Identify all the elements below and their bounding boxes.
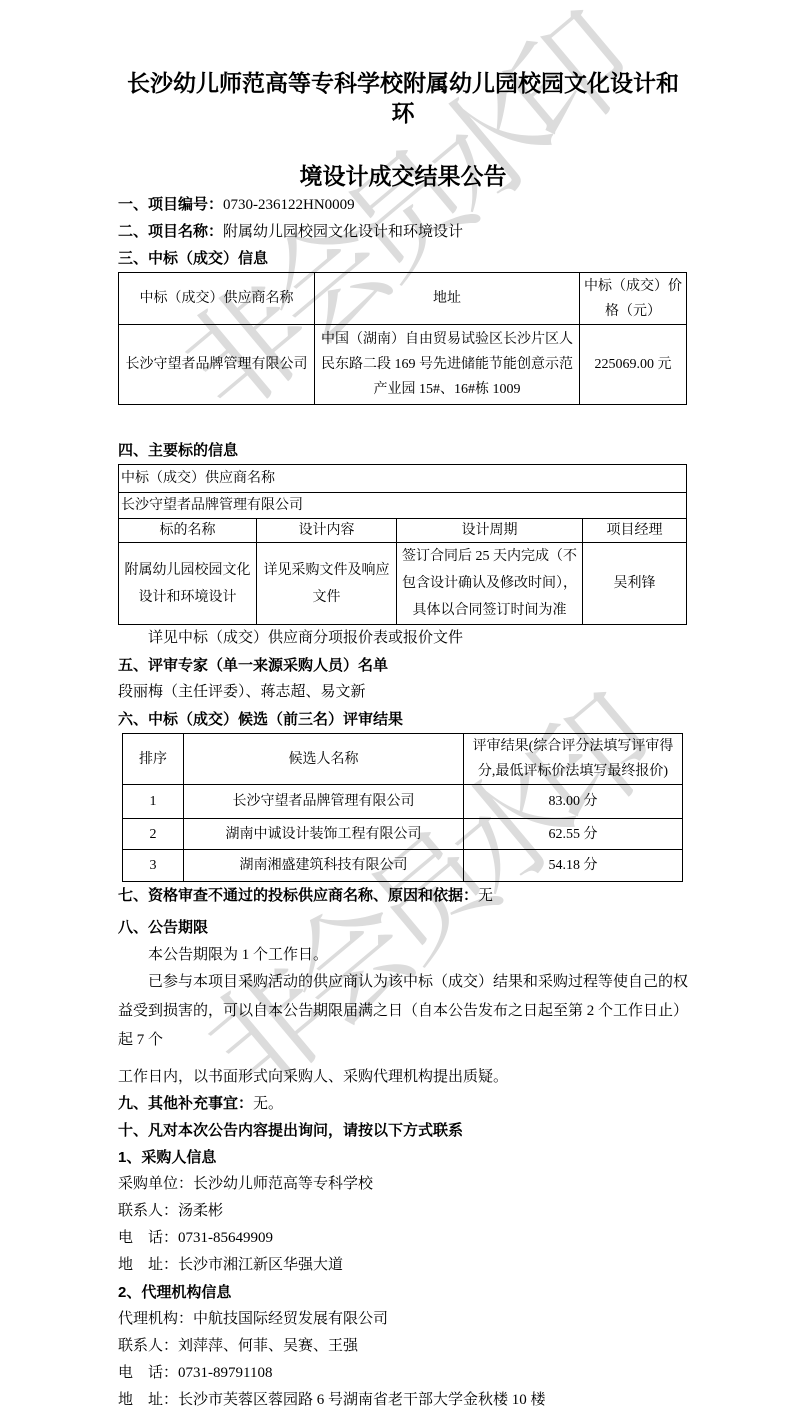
award-address-cell: 中国（湖南）自由贸易试验区长沙片区人民东路二段 169 号先进储能节能创意示范产… [315, 325, 580, 405]
subject-supplier-label-row: 中标（成交）供应商名称 [119, 465, 687, 493]
agency-phone-label: 电 话： [118, 1365, 178, 1381]
table-award-info: 中标（成交）供应商名称 地址 中标（成交）价格（元） 长沙守望者品牌管理有限公司… [118, 272, 687, 405]
project-no-label: 一、项目编号： [118, 196, 223, 213]
announcement-period-p1: 本公告期限为 1 个工作日。 [118, 941, 688, 968]
candidates-header-name: 候选人名称 [184, 734, 464, 785]
announcement-period-p3: 工作日内，以书面形式向采购人、采购代理机构提出质疑。 [118, 1063, 688, 1090]
other-matters-label: 九、其他补充事宜： [118, 1095, 253, 1112]
candidate-row-2: 2 湖南中诚设计装饰工程有限公司 62.55 分 [123, 819, 683, 850]
procurement-announcement-page: { "page": { "watermark_text": "非会员水印", "… [0, 0, 793, 1425]
purchaser-unit: 采购单位：长沙幼儿师范高等专科学校 [118, 1171, 688, 1198]
subject-header-period: 设计周期 [397, 519, 583, 543]
purchaser-contact-value: 汤柔彬 [178, 1203, 223, 1219]
candidate-1-rank: 1 [123, 785, 184, 819]
agency-phone-value: 0731-89791108 [178, 1365, 272, 1381]
agency-name-value: 中航技国际经贸发展有限公司 [193, 1311, 388, 1327]
agency-contact-value: 刘萍萍、何菲、吴赛、王强 [178, 1338, 358, 1354]
section-project-no: 一、项目编号：0730-236122HN0009 [118, 191, 688, 218]
agency-address: 地 址：长沙市芙蓉区蓉园路 6 号湖南省老干部大学金秋楼 10 楼 [118, 1387, 688, 1414]
candidate-3-score: 54.18 分 [464, 850, 683, 882]
agency-contact-label: 联系人： [118, 1338, 178, 1354]
subject-header-manager: 项目经理 [583, 519, 687, 543]
table-candidates: 排序 候选人名称 评审结果(综合评分法填写评审得分,最低评标价法填写最终报价) … [122, 733, 683, 882]
subject-data-row: 附属幼儿园校园文化设计和环境设计 详见采购文件及响应文件 签订合同后 25 天内… [119, 543, 687, 625]
heading-agency: 2、代理机构信息 [118, 1279, 688, 1306]
subject-supplier-value-row: 长沙守望者品牌管理有限公司 [119, 493, 687, 519]
subject-supplier-value-cell: 长沙守望者品牌管理有限公司 [119, 493, 687, 519]
agency-phone: 电 话：0731-89791108 [118, 1360, 688, 1387]
purchaser-contact: 联系人：汤柔彬 [118, 1198, 688, 1225]
qualification-label: 七、资格审查不通过的投标供应商名称、原因和依据： [118, 887, 478, 904]
experts-names: 段丽梅（主任评委）、蒋志超、易文新 [118, 679, 688, 706]
agency-name: 代理机构：中航技国际经贸发展有限公司 [118, 1306, 688, 1333]
project-name-value: 附属幼儿园校园文化设计和环境设计 [223, 224, 463, 240]
purchaser-phone: 电 话：0731-85649909 [118, 1225, 688, 1252]
table-award-header-row: 中标（成交）供应商名称 地址 中标（成交）价格（元） [119, 273, 687, 325]
heading-purchaser: 1、采购人信息 [118, 1144, 688, 1171]
other-matters-value: 无。 [253, 1096, 283, 1112]
project-no-value: 0730-236122HN0009 [223, 197, 355, 213]
purchaser-address-value: 长沙市湘江新区华强大道 [178, 1257, 343, 1273]
purchaser-address: 地 址：长沙市湘江新区华强大道 [118, 1252, 688, 1279]
purchaser-unit-label: 采购单位： [118, 1176, 193, 1192]
heading-announcement-period: 八、公告期限 [118, 914, 688, 941]
candidate-2-score: 62.55 分 [464, 819, 683, 850]
candidate-1-name: 长沙守望者品牌管理有限公司 [184, 785, 464, 819]
section-qualification: 七、资格审查不通过的投标供应商名称、原因和依据：无 [118, 882, 688, 909]
award-price-cell: 225069.00 元 [580, 325, 687, 405]
candidate-3-rank: 3 [123, 850, 184, 882]
subject-note: 详见中标（成交）供应商分项报价表或报价文件 [118, 625, 688, 652]
award-header-price: 中标（成交）价格（元） [580, 273, 687, 325]
subject-manager-cell: 吴利锋 [583, 543, 687, 625]
candidate-row-1: 1 长沙守望者品牌管理有限公司 83.00 分 [123, 785, 683, 819]
document-body: 长沙幼儿师范高等专科学校附属幼儿园校园文化设计和环 境设计成交结果公告 一、项目… [0, 68, 793, 1414]
subject-period-cell: 签订合同后 25 天内完成（不包含设计确认及修改时间），具体以合同签订时间为准 [397, 543, 583, 625]
section-project-name: 二、项目名称：附属幼儿园校园文化设计和环境设计 [118, 218, 688, 245]
heading-experts: 五、评审专家（单一来源采购人员）名单 [118, 652, 688, 679]
agency-contact: 联系人：刘萍萍、何菲、吴赛、王强 [118, 1333, 688, 1360]
subject-supplier-label-cell: 中标（成交）供应商名称 [119, 465, 687, 493]
heading-candidates: 六、中标（成交）候选（前三名）评审结果 [118, 706, 688, 733]
table-subject-info: 中标（成交）供应商名称 长沙守望者品牌管理有限公司 标的名称 设计内容 设计周期… [118, 464, 687, 625]
candidate-1-score: 83.00 分 [464, 785, 683, 819]
purchaser-phone-label: 电 话： [118, 1230, 178, 1246]
purchaser-phone-value: 0731-85649909 [178, 1230, 273, 1246]
heading-award-info: 三、中标（成交）信息 [118, 245, 688, 272]
subject-header-name: 标的名称 [119, 519, 257, 543]
agency-address-label: 地 址： [118, 1392, 178, 1408]
candidates-header-row: 排序 候选人名称 评审结果(综合评分法填写评审得分,最低评标价法填写最终报价) [123, 734, 683, 785]
agency-name-label: 代理机构： [118, 1311, 193, 1327]
award-header-address: 地址 [315, 273, 580, 325]
candidate-row-3: 3 湖南湘盛建筑科技有限公司 54.18 分 [123, 850, 683, 882]
subject-header-content: 设计内容 [257, 519, 397, 543]
announcement-period-p2: 已参与本项目采购活动的供应商认为该中标（成交）结果和采购过程等使自己的权益受到损… [118, 968, 688, 1055]
subject-content-cell: 详见采购文件及响应文件 [257, 543, 397, 625]
project-name-label: 二、项目名称： [118, 223, 223, 240]
document-title-line-2: 境设计成交结果公告 [118, 161, 688, 191]
award-supplier-cell: 长沙守望者品牌管理有限公司 [119, 325, 315, 405]
table-award-data-row: 长沙守望者品牌管理有限公司 中国（湖南）自由贸易试验区长沙片区人民东路二段 16… [119, 325, 687, 405]
subject-header-row: 标的名称 设计内容 设计周期 项目经理 [119, 519, 687, 543]
purchaser-contact-label: 联系人： [118, 1203, 178, 1219]
award-header-supplier: 中标（成交）供应商名称 [119, 273, 315, 325]
heading-contact: 十、凡对本次公告内容提出询问，请按以下方式联系 [118, 1117, 688, 1144]
purchaser-address-label: 地 址： [118, 1257, 178, 1273]
section-other-matters: 九、其他补充事宜：无。 [118, 1090, 688, 1117]
candidate-2-rank: 2 [123, 819, 184, 850]
candidates-header-rank: 排序 [123, 734, 184, 785]
candidate-2-name: 湖南中诚设计装饰工程有限公司 [184, 819, 464, 850]
purchaser-unit-value: 长沙幼儿师范高等专科学校 [193, 1176, 373, 1192]
candidates-header-result: 评审结果(综合评分法填写评审得分,最低评标价法填写最终报价) [464, 734, 683, 785]
document-title-line-1: 长沙幼儿师范高等专科学校附属幼儿园校园文化设计和环 [118, 68, 688, 128]
subject-name-cell: 附属幼儿园校园文化设计和环境设计 [119, 543, 257, 625]
candidate-3-name: 湖南湘盛建筑科技有限公司 [184, 850, 464, 882]
agency-address-value: 长沙市芙蓉区蓉园路 6 号湖南省老干部大学金秋楼 10 楼 [178, 1392, 546, 1408]
heading-subject-info: 四、主要标的信息 [118, 437, 688, 464]
qualification-value: 无 [478, 888, 493, 904]
